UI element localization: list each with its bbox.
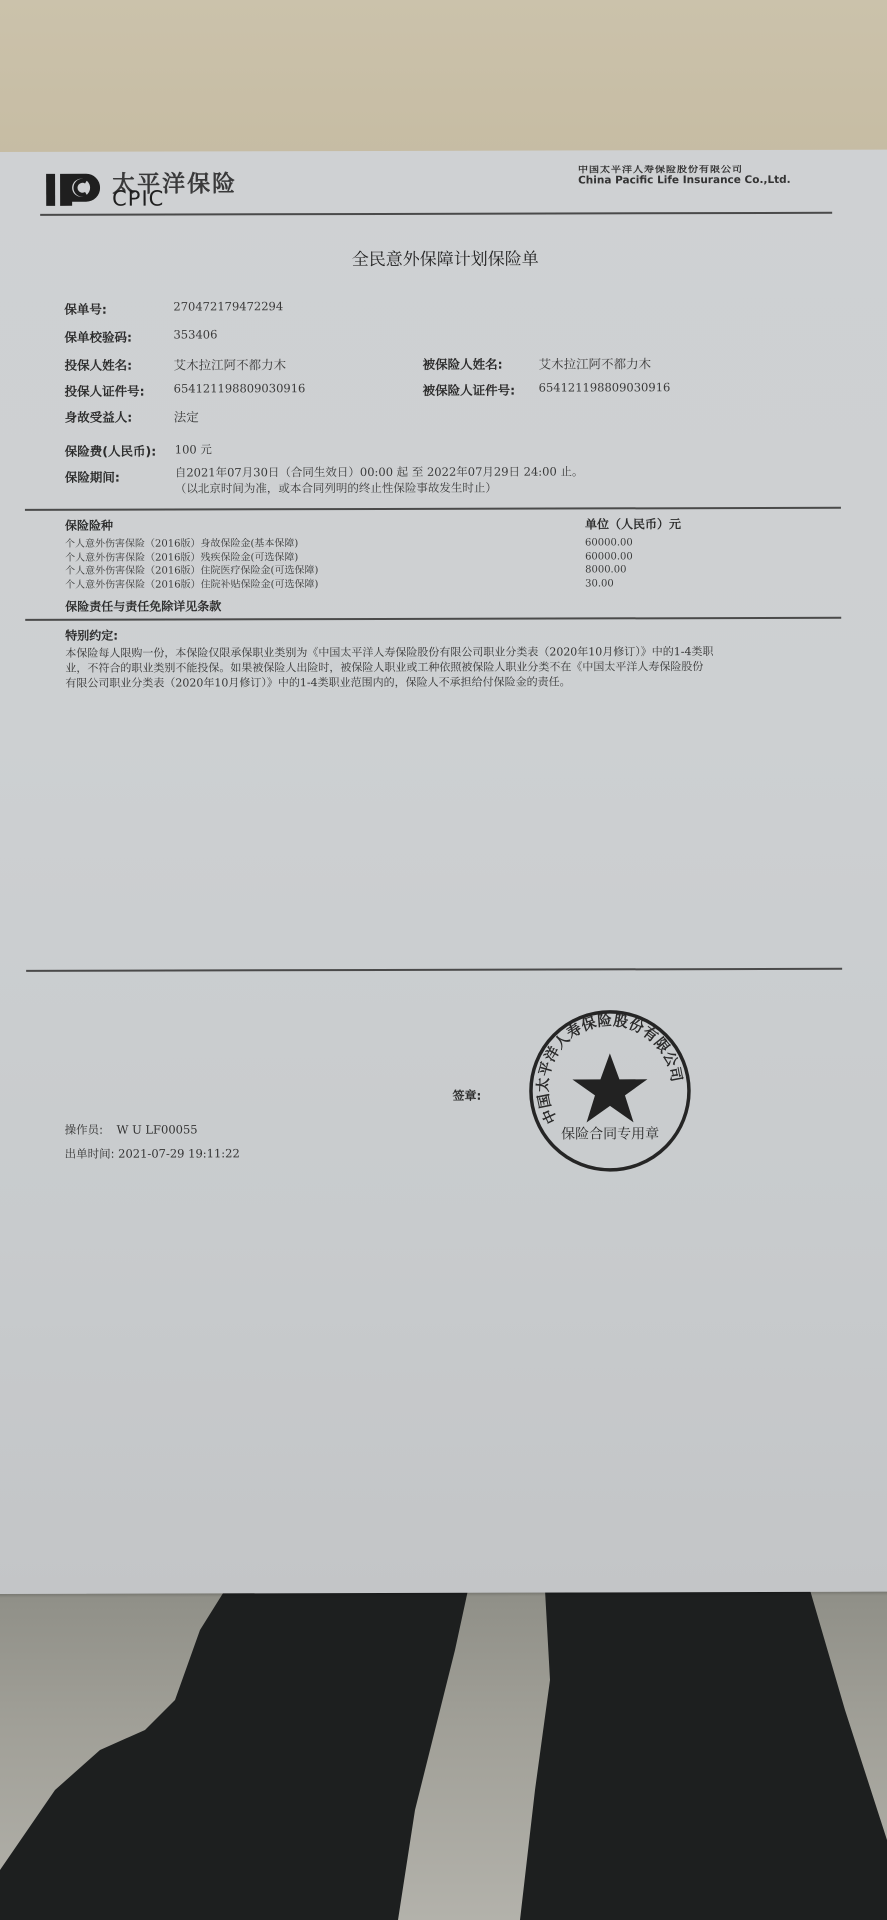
special-terms-label: 特别约定:	[65, 627, 118, 644]
coverage-item-amount: 30.00	[585, 577, 633, 591]
insured-id: 654121198809030916	[539, 380, 671, 394]
coverage-names: 个人意外伤害保险（2016版）身故保险金(基本保障) 个人意外伤害保险（2016…	[65, 537, 318, 592]
insured-id-label: 被保险人证件号:	[423, 381, 516, 399]
seal-bottom-text: 保险合同专用章	[561, 1125, 659, 1142]
signature-label: 签章:	[452, 1087, 481, 1104]
coverage-top-divider	[25, 507, 841, 511]
cpic-logo-icon	[46, 172, 100, 208]
coverage-item-amount: 8000.00	[585, 563, 633, 577]
background-wall	[0, 0, 887, 160]
background-floor	[0, 1590, 887, 1920]
coverage-amounts: 60000.00 60000.00 8000.00 30.00	[585, 536, 633, 590]
beneficiary: 法定	[174, 407, 199, 425]
operator-label: 操作员:	[65, 1123, 103, 1137]
coverage-type-header: 保险险种	[65, 517, 113, 534]
coverage-bottom-divider	[25, 617, 841, 621]
policy-number-label: 保单号:	[64, 300, 107, 318]
check-code-label: 保单校验码:	[64, 328, 132, 346]
policy-number: 270472179472294	[173, 299, 283, 313]
coverage-item-name: 个人意外伤害保险（2016版）身故保险金(基本保障)	[65, 537, 318, 551]
coverage-item-name: 个人意外伤害保险（2016版）住院医疗保险金(可选保障)	[65, 564, 318, 578]
insurance-policy-document: 太平洋保险 CPIC 中国太平洋人寿保险股份有限公司 China Pacific…	[0, 150, 887, 1594]
special-terms-text: 本保险每人限购一份，本保险仅限承保职业类别为《中国太平洋人寿保险股份有限公司职业…	[65, 644, 713, 691]
issue-time-label: 出单时间:	[65, 1147, 115, 1161]
coverage-item-amount: 60000.00	[585, 536, 633, 550]
issue-time-row: 出单时间: 2021-07-29 19:11:22	[65, 1145, 240, 1161]
issue-time: 2021-07-29 19:11:22	[118, 1146, 240, 1160]
header-divider	[40, 212, 832, 216]
period-line-2: （以北京时间为准，或本合同列明的终止性保险事故发生时止）	[175, 480, 497, 497]
operator-row: 操作员: W U LF00055	[65, 1121, 198, 1137]
special-terms-line: 本保险每人限购一份，本保险仅限承保职业类别为《中国太平洋人寿保险股份有限公司职业…	[65, 644, 713, 661]
period-label: 保险期间:	[65, 468, 120, 486]
applicant-name: 艾木拉江阿不都力木	[174, 355, 287, 373]
document-title: 全民意外保障计划保险单	[0, 244, 887, 271]
coverage-item-name: 个人意外伤害保险（2016版）住院补贴保险金(可选保障)	[65, 578, 318, 592]
special-terms-line: 业，不符合的职业类别不能投保。如果被保险人出险时，被保险人职业或工种依照被保险人…	[65, 659, 713, 676]
premium-label: 保险费(人民币):	[65, 442, 156, 460]
special-terms-line: 有限公司职业分类表（2020年10月修订）》中的1-4类职业范围内的，保险人不承…	[65, 674, 713, 691]
applicant-id: 654121198809030916	[174, 381, 306, 395]
company-seal: 中国太平洋人寿保险股份有限公司 保险合同专用章	[527, 1008, 692, 1173]
period-line-1: 自2021年07月30日（合同生效日）00:00 起 至 2022年07月29日…	[175, 463, 584, 480]
coverage-item-name: 个人意外伤害保险（2016版）残疾保险金(可选保障)	[65, 551, 318, 565]
premium: 100 元	[175, 441, 212, 457]
coverage-item-amount: 60000.00	[585, 550, 633, 564]
beneficiary-label: 身故受益人:	[65, 408, 133, 426]
insured-name-label: 被保险人姓名:	[423, 355, 503, 373]
trouser-leg-left	[0, 1590, 470, 1920]
company-name-english: China Pacific Life Insurance Co.,Ltd.	[578, 174, 791, 187]
star-icon	[572, 1053, 647, 1122]
applicant-name-label: 投保人姓名:	[65, 356, 133, 374]
coverage-amount-header: 单位（人民币）元	[585, 515, 681, 532]
applicant-id-label: 投保人证件号:	[65, 382, 145, 400]
coverage-footnote: 保险责任与责任免除详见条款	[65, 597, 221, 614]
insured-name: 艾木拉江阿不都力木	[539, 354, 652, 372]
operator-id: W U LF00055	[117, 1122, 198, 1136]
footer-divider	[26, 968, 842, 972]
logo-english-text: CPIC	[112, 187, 164, 211]
check-code: 353406	[173, 327, 217, 341]
